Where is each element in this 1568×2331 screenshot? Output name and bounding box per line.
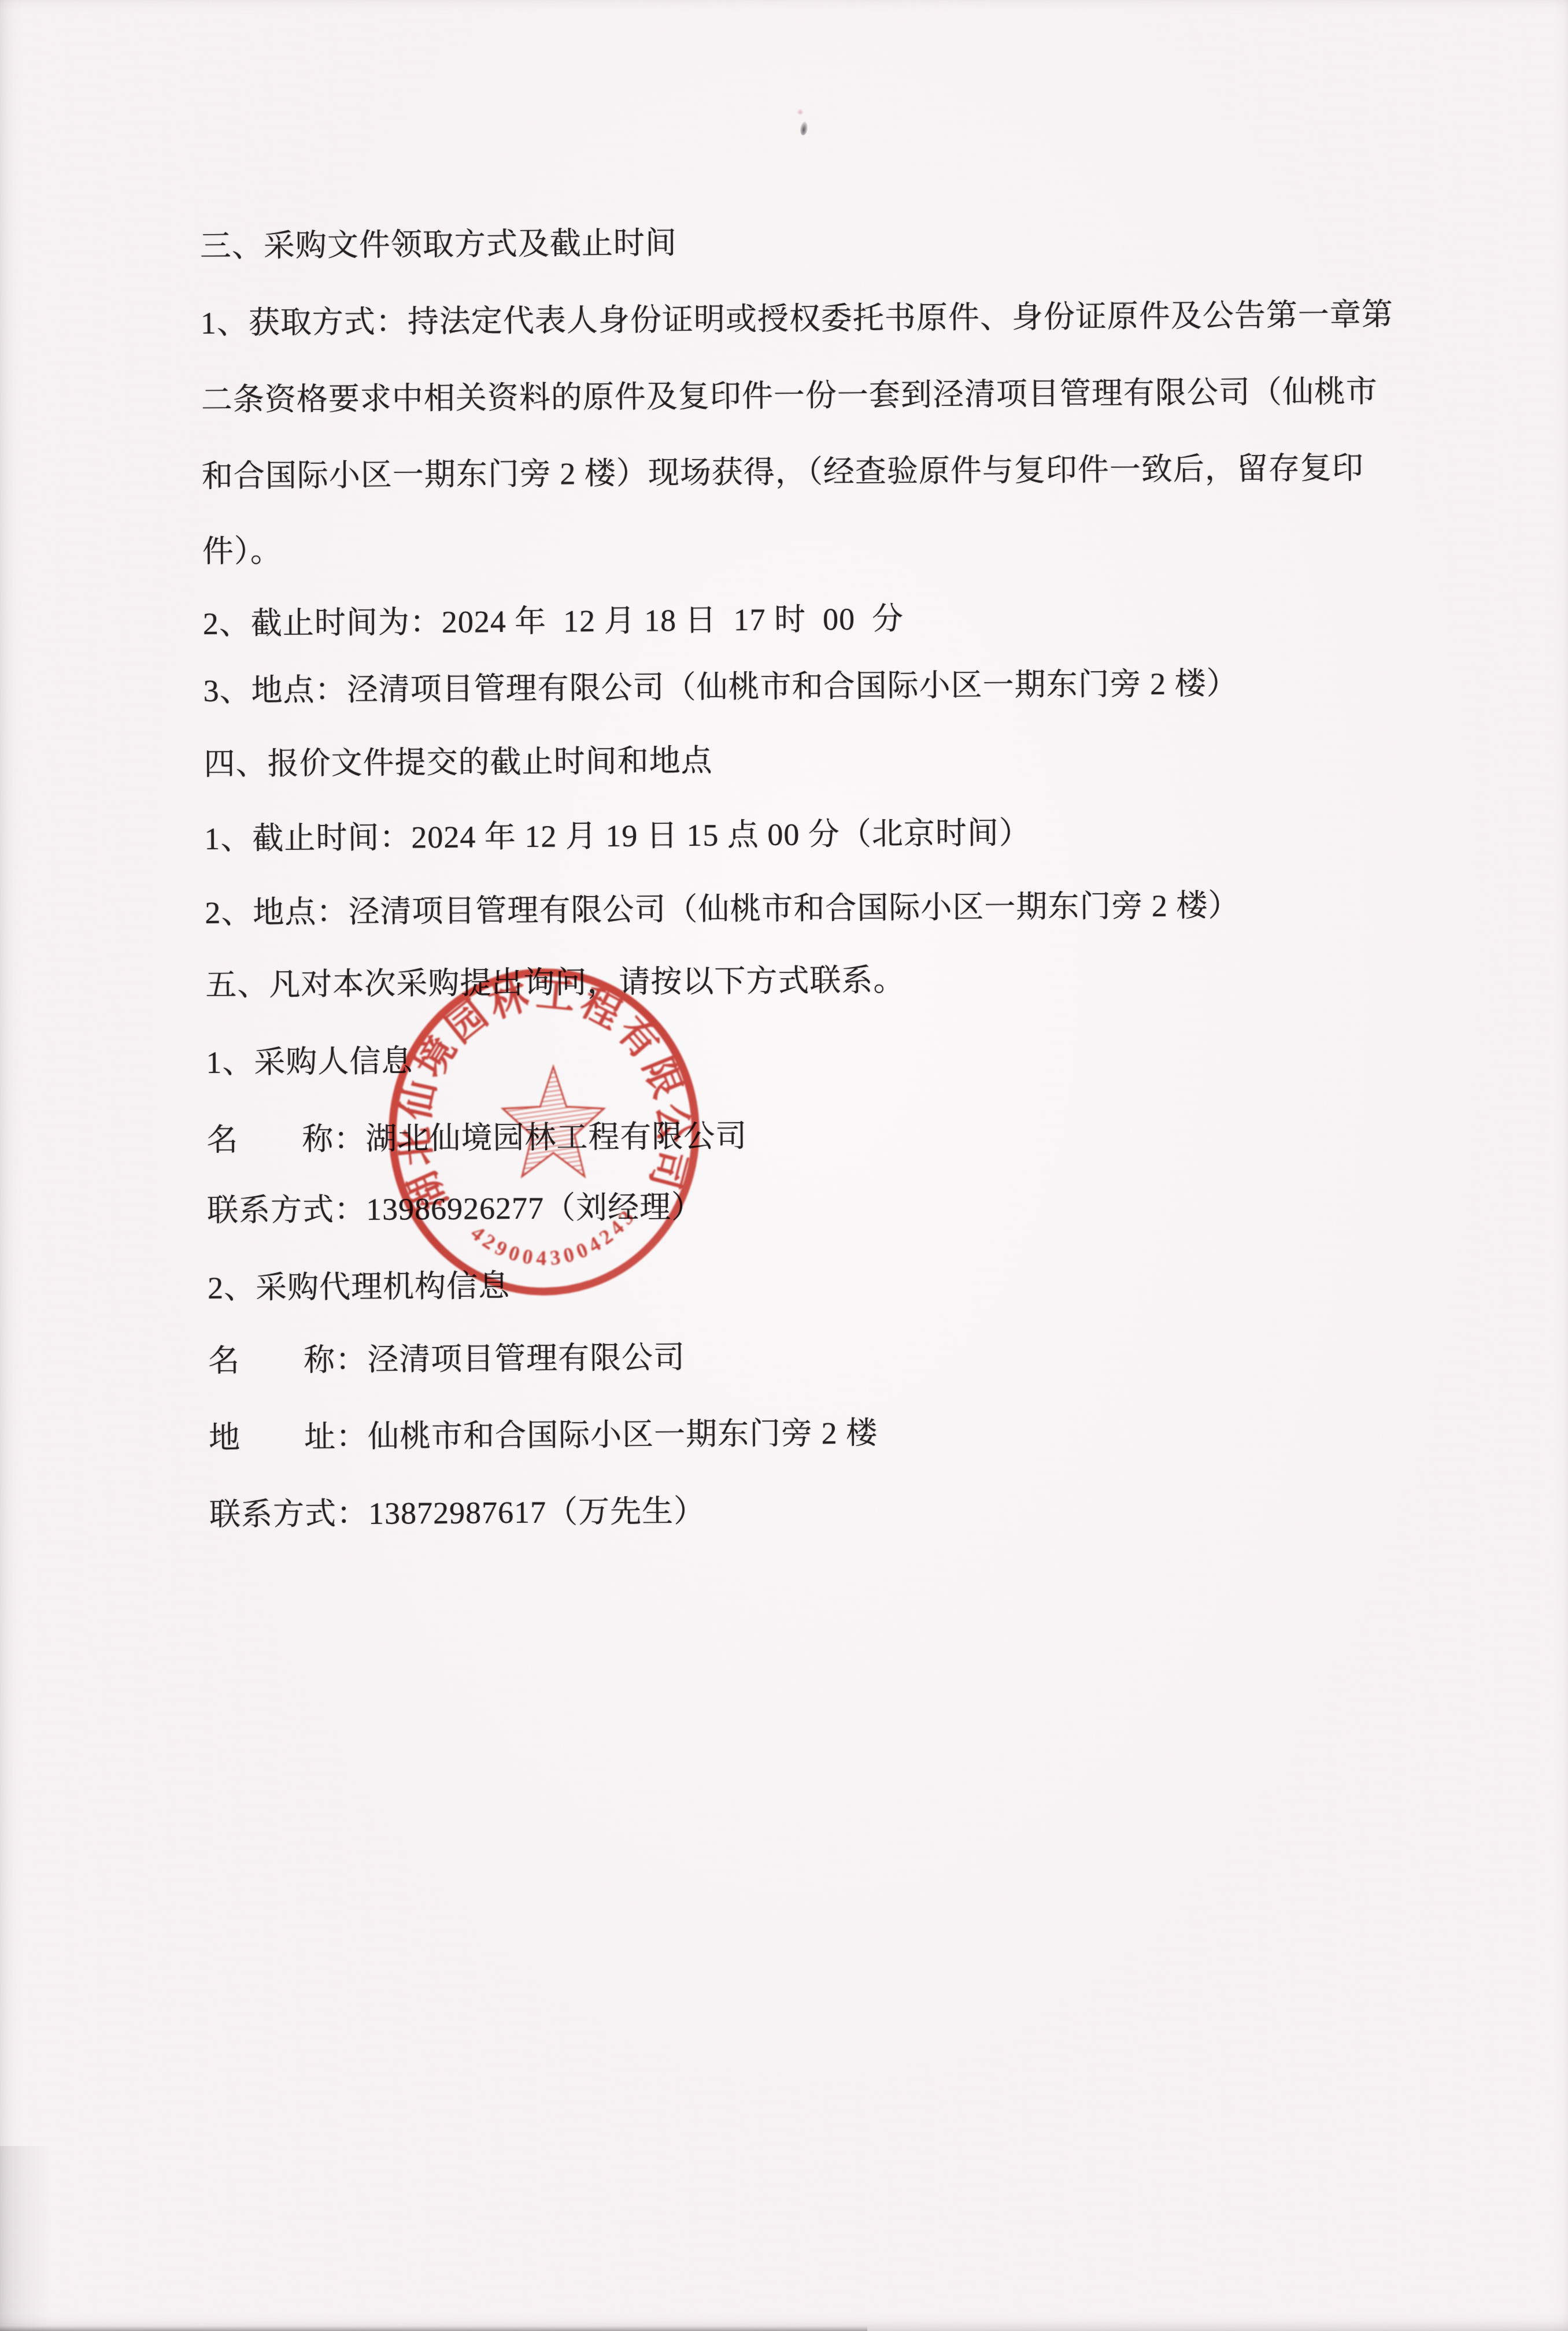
text-line: 二条资格要求中相关资料的原件及复印件一份一套到泾清项目管理有限公司（仙桃市	[201, 373, 1378, 419]
text-line: 四、报价文件提交的截止时间和地点	[204, 742, 712, 783]
text-line: 1、截止时间：2024 年 12 月 19 日 15 点 00 分（北京时间）	[204, 815, 1031, 857]
text-line: 地 址：仙桃市和合国际小区一期东门旁 2 楼	[209, 1414, 878, 1456]
text-line: 名 称：泾清项目管理有限公司	[208, 1339, 685, 1379]
text-line: 名 称：湖北仙境园林工程有限公司	[206, 1118, 747, 1159]
scanned-document-page: 三、采购文件领取方式及截止时间1、获取方式：持法定代表人身份证明或授权委托书原件…	[0, 0, 1568, 2331]
text-line: 三、采购文件领取方式及截止时间	[200, 224, 677, 265]
text-line: 1、获取方式：持法定代表人身份证明或授权委托书原件、身份证原件及公告第一章第	[201, 296, 1393, 342]
scan-speck-pink	[797, 109, 804, 116]
text-line: 2、采购代理机构信息	[208, 1267, 510, 1307]
text-line: 3、地点：泾清项目管理有限公司（仙桃市和合国际小区一期东门旁 2 楼）	[203, 665, 1238, 709]
text-line: 2、截止时间为：2024 年 12 月 18 日 17 时 00 分	[203, 600, 904, 642]
scan-edge-shadow-left	[0, 2146, 52, 2331]
text-line: 五、凡对本次采购提出询问，请按以下方式联系。	[205, 961, 905, 1004]
text-line: 联系方式：13986926277（刘经理）	[207, 1189, 703, 1229]
text-line: 件）。	[202, 532, 282, 570]
text-line: 2、地点：泾清项目管理有限公司（仙桃市和合国际小区一期东门旁 2 楼）	[205, 887, 1240, 931]
document-body: 三、采购文件领取方式及截止时间1、获取方式：持法定代表人身份证明或授权委托书原件…	[0, 0, 1568, 2331]
text-line: 和合国际小区一期东门旁 2 楼）现场获得，（经查验原件与复印件一致后，留存复印	[202, 449, 1364, 495]
text-line: 联系方式：13872987617（万先生）	[209, 1493, 705, 1533]
text-line: 1、采购人信息	[206, 1042, 413, 1081]
scan-edge-shadow-bottom	[0, 2326, 867, 2331]
